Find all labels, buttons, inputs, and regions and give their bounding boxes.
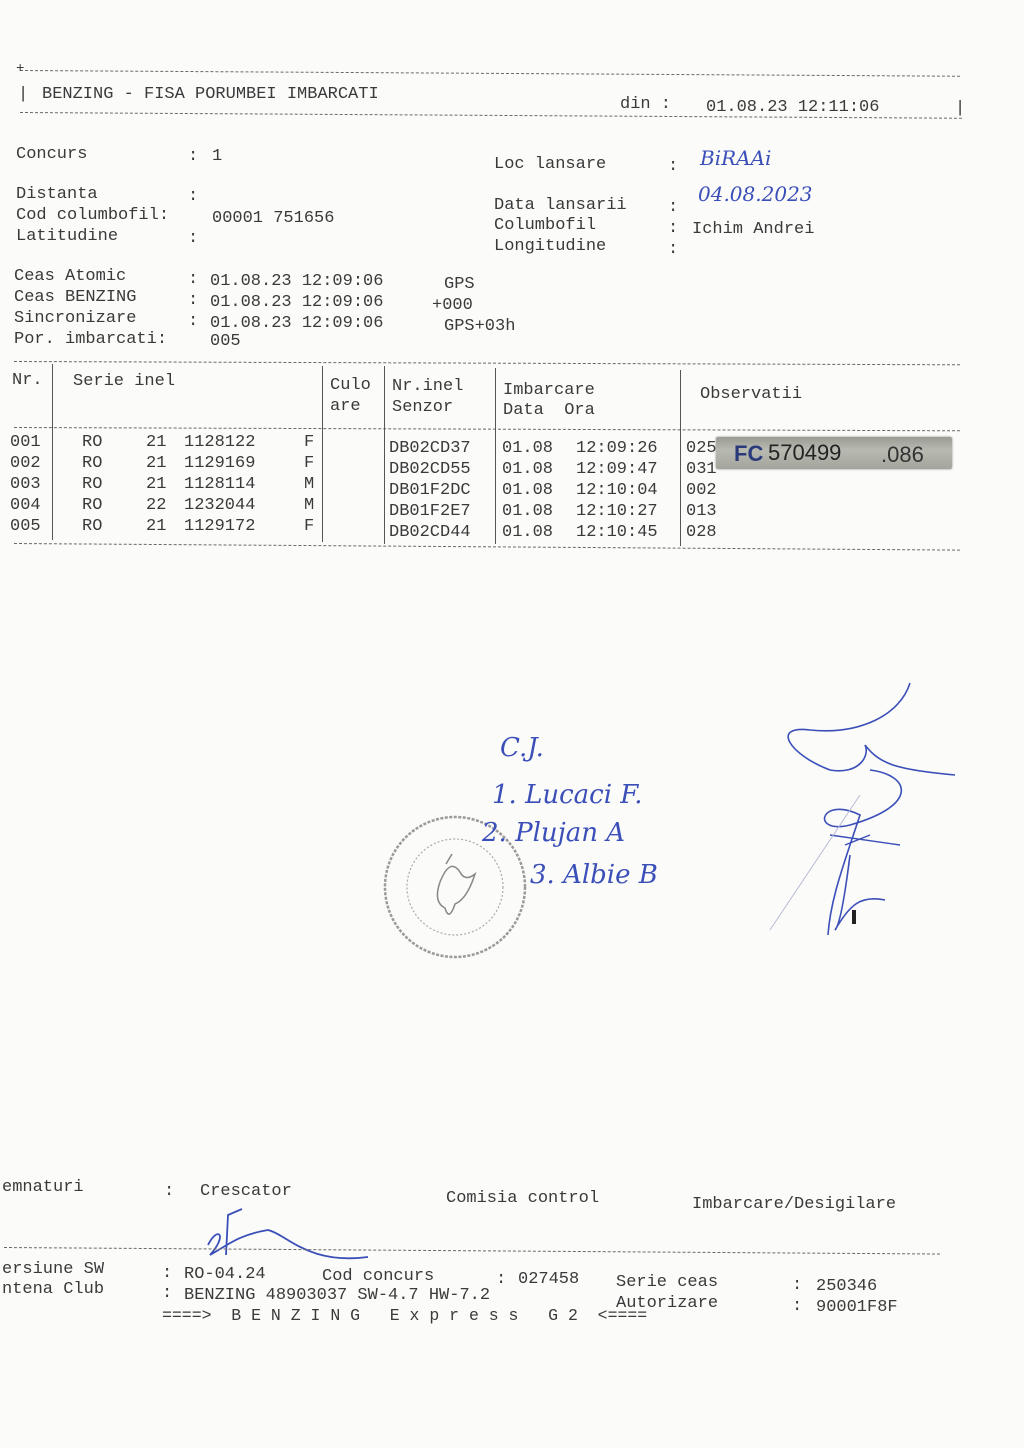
longitudine-label: Longitudine bbox=[494, 238, 606, 255]
doc-title: BENZING - FISA PORUMBEI IMBARCATI bbox=[42, 86, 379, 103]
cell-ora: 12:09:26 bbox=[576, 440, 658, 457]
autorizare-colon: : bbox=[792, 1298, 802, 1315]
columbofil-label: Columbofil bbox=[494, 217, 596, 234]
cell-year: 21 bbox=[146, 518, 166, 535]
cod-columbofil-label: Cod columbofil: bbox=[16, 207, 169, 224]
cell-sex: F bbox=[304, 455, 314, 472]
header-top-corner: + bbox=[16, 62, 24, 76]
footer-divider bbox=[4, 1247, 940, 1255]
cell-ring: 1129169 bbox=[184, 455, 255, 472]
cell-data: 01.08 bbox=[502, 503, 553, 520]
din-label: din : bbox=[620, 96, 671, 113]
ceas-atomic-suffix: GPS bbox=[444, 276, 475, 293]
cod-concurs-value: 027458 bbox=[518, 1271, 579, 1288]
cell-nr: 001 bbox=[10, 434, 41, 451]
ceas-benzing-value: 01.08.23 12:09:06 bbox=[210, 294, 383, 311]
cell-senzor: DB01F2E7 bbox=[389, 503, 471, 520]
ceas-atomic-colon: : bbox=[188, 271, 198, 288]
concurs-colon: : bbox=[188, 148, 198, 165]
th-imbarcare-1: Imbarcare bbox=[503, 382, 595, 399]
col-sep-culoare bbox=[322, 366, 323, 542]
data-lansarii-value: 04.08.2023 bbox=[698, 184, 813, 204]
cell-senzor: DB02CD37 bbox=[389, 440, 471, 457]
sticker-number: 570499 bbox=[768, 440, 841, 466]
comisia-control-label: Comisia control bbox=[446, 1190, 599, 1207]
versiune-colon: : bbox=[162, 1265, 172, 1282]
semnaturi-label: emnaturi bbox=[2, 1179, 84, 1196]
cell-sex: M bbox=[304, 497, 314, 514]
crescator-label: Crescator bbox=[200, 1183, 292, 1200]
ceas-benzing-suffix: +000 bbox=[432, 297, 473, 314]
loc-lansare-colon: : bbox=[668, 158, 678, 175]
cell-year: 22 bbox=[146, 497, 166, 514]
cell-observatii: 025 bbox=[686, 440, 717, 457]
cell-country: RO bbox=[82, 518, 102, 535]
cell-senzor: DB02CD55 bbox=[389, 461, 471, 478]
cell-country: RO bbox=[82, 497, 102, 514]
th-nr: Nr. bbox=[12, 372, 43, 389]
cell-sex: M bbox=[304, 476, 314, 493]
table-header-border bbox=[14, 427, 960, 431]
serie-ceas-value: 250346 bbox=[816, 1278, 877, 1295]
ceas-benzing-colon: : bbox=[188, 292, 198, 309]
sincronizare-label: Sincronizare bbox=[14, 310, 136, 327]
sticker-prefix: FC bbox=[734, 441, 763, 467]
cell-data: 01.08 bbox=[502, 440, 553, 457]
th-culoare-2: are bbox=[330, 398, 361, 415]
antena-colon: : bbox=[162, 1285, 172, 1302]
cell-nr: 004 bbox=[10, 497, 41, 514]
antena-club-label: ntena Club bbox=[2, 1281, 104, 1298]
latitudine-label: Latitudine bbox=[16, 228, 118, 245]
cell-country: RO bbox=[82, 455, 102, 472]
cell-senzor: DB01F2DC bbox=[389, 482, 471, 499]
cell-observatii: 028 bbox=[686, 524, 717, 541]
concurs-label: Concurs bbox=[16, 146, 87, 163]
col-sep-imbarcare bbox=[495, 368, 496, 544]
por-imbarcati-value: 005 bbox=[210, 333, 241, 350]
sincronizare-suffix: GPS+03h bbox=[444, 318, 515, 335]
sticker-suffix: .086 bbox=[881, 442, 924, 468]
versiune-sw-label: ersiune SW bbox=[2, 1261, 104, 1278]
imbarcare-desigilare-label: Imbarcare/Desigilare bbox=[692, 1196, 896, 1213]
por-imbarcati-label: Por. imbarcati: bbox=[14, 331, 167, 348]
longitudine-colon: : bbox=[668, 241, 678, 258]
th-nrinel-2: Senzor bbox=[392, 399, 453, 416]
columbofil-value: Ichim Andrei bbox=[692, 221, 814, 238]
commission-line-2: 1. Lucaci F. bbox=[492, 782, 643, 808]
distanta-colon: : bbox=[188, 188, 198, 205]
sincronizare-value: 01.08.23 12:09:06 bbox=[210, 315, 383, 332]
cell-ring: 1129172 bbox=[184, 518, 255, 535]
cell-observatii: 031 bbox=[686, 461, 717, 478]
cod-columbofil-value: 00001 751656 bbox=[212, 210, 334, 227]
cell-year: 21 bbox=[146, 455, 166, 472]
cell-data: 01.08 bbox=[502, 482, 553, 499]
col-sep-observatii bbox=[680, 370, 681, 546]
antena-club-value: BENZING 48903037 SW-4.7 HW-7.2 bbox=[184, 1287, 490, 1304]
serie-ceas-colon: : bbox=[792, 1277, 802, 1294]
autorizare-value: 90001F8F bbox=[816, 1299, 898, 1316]
cell-data: 01.08 bbox=[502, 461, 553, 478]
cod-concurs-colon: : bbox=[496, 1271, 506, 1288]
concurs-value: 1 bbox=[212, 148, 222, 165]
crescator-signature bbox=[198, 1205, 378, 1265]
cell-ring: 1232044 bbox=[184, 497, 255, 514]
cell-sex: F bbox=[304, 518, 314, 535]
cell-ring: 1128122 bbox=[184, 434, 255, 451]
seal-sticker: FC 570499 .086 bbox=[716, 437, 952, 469]
cell-observatii: 002 bbox=[686, 482, 717, 499]
cell-senzor: DB02CD44 bbox=[389, 524, 471, 541]
col-sep-nr bbox=[52, 364, 53, 540]
cell-observatii: 013 bbox=[686, 503, 717, 520]
loc-lansare-label: Loc lansare bbox=[494, 156, 606, 173]
cell-sex: F bbox=[304, 434, 314, 451]
th-observatii: Observatii bbox=[700, 386, 802, 403]
cod-concurs-label: Cod concurs bbox=[322, 1268, 434, 1285]
columbofil-colon: : bbox=[668, 220, 678, 237]
sincronizare-colon: : bbox=[188, 313, 198, 330]
distanta-label: Distanta bbox=[16, 186, 98, 203]
th-nrinel-1: Nr.inel bbox=[392, 378, 463, 395]
header-left-bar: | bbox=[18, 86, 28, 103]
din-value: 01.08.23 12:11:06 bbox=[706, 99, 879, 116]
cell-data: 01.08 bbox=[502, 524, 553, 541]
cell-country: RO bbox=[82, 476, 102, 493]
cell-ora: 12:09:47 bbox=[576, 461, 658, 478]
commission-line-4: 3. Albie B bbox=[530, 862, 658, 888]
loc-lansare-value: BiRAAi bbox=[700, 148, 771, 168]
benzing-banner: ====> B E N Z I N G E x p r e s s G 2 <=… bbox=[162, 1308, 647, 1325]
data-lansarii-colon: : bbox=[668, 199, 678, 216]
semnaturi-colon: : bbox=[164, 1183, 174, 1200]
ceas-benzing-label: Ceas BENZING bbox=[14, 289, 136, 306]
header-top-border bbox=[20, 70, 960, 77]
data-lansarii-label: Data lansarii bbox=[494, 197, 627, 214]
cell-ring: 1128114 bbox=[184, 476, 255, 493]
ink-mark bbox=[852, 910, 856, 924]
cell-nr: 002 bbox=[10, 455, 41, 472]
cell-year: 21 bbox=[146, 434, 166, 451]
cell-ora: 12:10:45 bbox=[576, 524, 658, 541]
cell-year: 21 bbox=[146, 476, 166, 493]
th-serie-inel: Serie inel bbox=[73, 373, 175, 390]
commission-line-3: 2. Plujan A bbox=[482, 820, 625, 846]
cell-nr: 005 bbox=[10, 518, 41, 535]
col-sep-senzor bbox=[384, 366, 385, 544]
header-right-bar: | bbox=[955, 100, 965, 117]
th-culoare-1: Culo bbox=[330, 377, 371, 394]
versiune-sw-value: RO-04.24 bbox=[184, 1266, 266, 1283]
cell-nr: 003 bbox=[10, 476, 41, 493]
ceas-atomic-value: 01.08.23 12:09:06 bbox=[210, 273, 383, 290]
table-top-border bbox=[14, 361, 960, 365]
cell-ora: 12:10:04 bbox=[576, 482, 658, 499]
ceas-atomic-label: Ceas Atomic bbox=[14, 268, 126, 285]
commission-signatures bbox=[750, 675, 970, 955]
cell-ora: 12:10:27 bbox=[576, 503, 658, 520]
commission-line-1: C.J. bbox=[500, 735, 544, 761]
cell-country: RO bbox=[82, 434, 102, 451]
th-imbarcare-2: Data Ora bbox=[503, 402, 595, 419]
table-bottom-border bbox=[14, 543, 960, 551]
latitudine-colon: : bbox=[188, 230, 198, 247]
serie-ceas-label: Serie ceas bbox=[616, 1274, 718, 1291]
